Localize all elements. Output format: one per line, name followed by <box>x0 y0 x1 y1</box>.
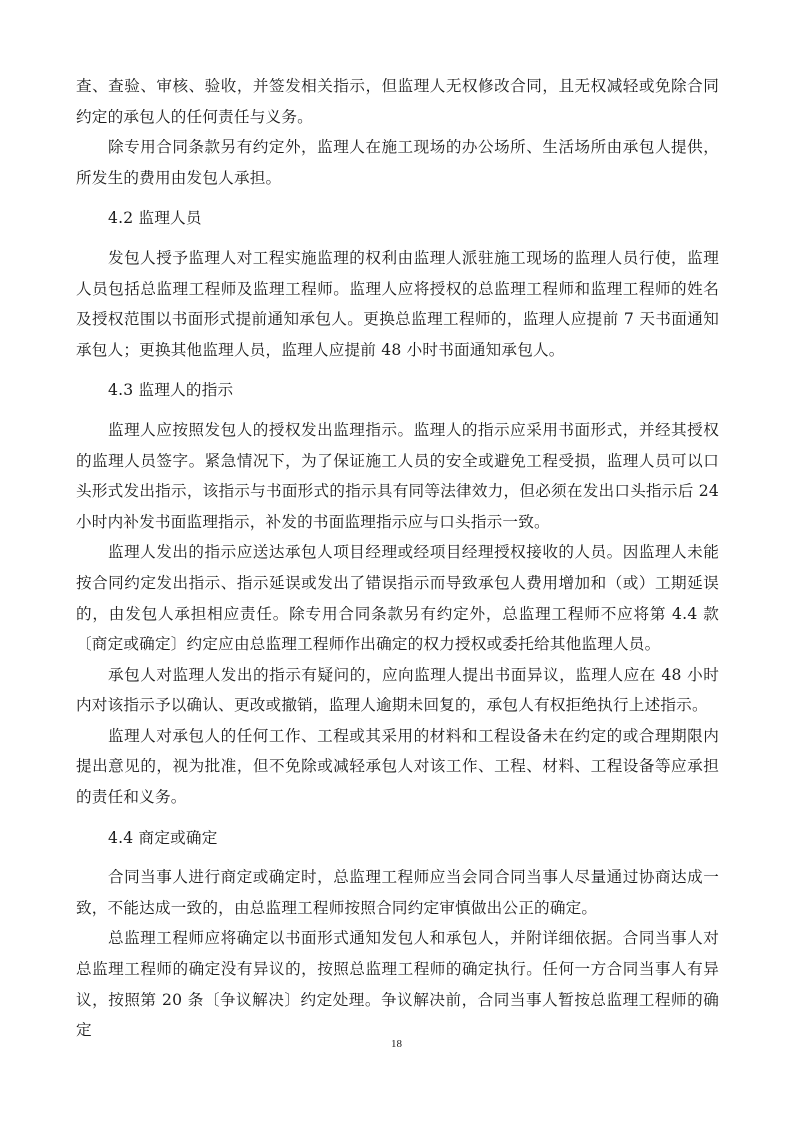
section-heading-4-4: 4.4 商定或确定 <box>76 823 719 854</box>
section-heading-4-2: 4.2 监理人员 <box>76 203 719 234</box>
paragraph-negotiation: 合同当事人进行商定或确定时，总监理工程师应当会同合同当事人尽量通过协商达成一致，… <box>76 862 719 923</box>
section-heading-4-3: 4.3 监理人的指示 <box>76 375 719 406</box>
paragraph-deemed-approval: 监理人对承包人的任何工作、工程或其采用的材料和工程设备未在约定的或合理期限内提出… <box>76 721 719 813</box>
document-page: 查、查验、审核、验收，并签发相关指示，但监理人无权修改合同，且无权减轻或免除合同… <box>76 71 719 1046</box>
paragraph-determination-notice: 总监理工程师应将确定以书面形式通知发包人和承包人，并附详细依据。合同当事人对总监… <box>76 923 719 1045</box>
paragraph-supervisor-personnel: 发包人授予监理人对工程实施监理的权利由监理人派驻施工现场的监理人员行使，监理人员… <box>76 243 719 365</box>
page-number: 18 <box>0 1038 793 1050</box>
paragraph-instructions-form: 监理人应按照发包人的授权发出监理指示。监理人的指示应采用书面形式，并经其授权的监… <box>76 415 719 537</box>
paragraph-office-premises: 除专用合同条款另有约定外，监理人在施工现场的办公场所、生活场所由承包人提供，所发… <box>76 132 719 193</box>
paragraph-instructions-objection: 承包人对监理人发出的指示有疑问的，应向监理人提出书面异议，监理人应在 48 小时… <box>76 660 719 721</box>
paragraph-continuation: 查、查验、审核、验收，并签发相关指示，但监理人无权修改合同，且无权减轻或免除合同… <box>76 71 719 132</box>
paragraph-instructions-delivery: 监理人发出的指示应送达承包人项目经理或经项目经理授权接收的人员。因监理人未能按合… <box>76 537 719 659</box>
